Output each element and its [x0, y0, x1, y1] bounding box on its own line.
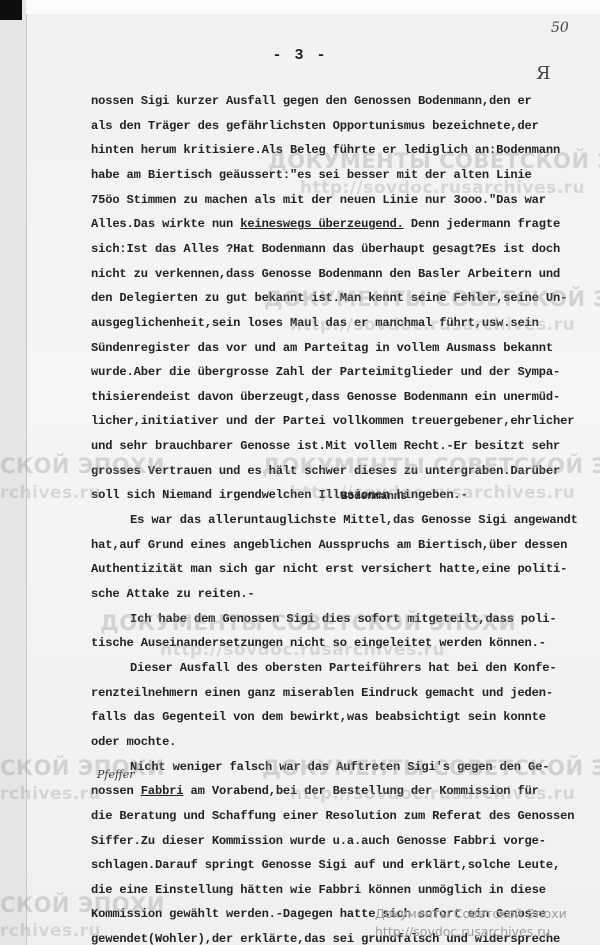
text-line: sich:Ist das Alles ?Hat Bodenmann das üb…: [91, 242, 560, 256]
page-header: - 3 -: [0, 47, 600, 64]
watermark-url-fragment: rchives.ru: [0, 483, 101, 503]
page-edge-line: [26, 14, 27, 945]
text-line: oder mochte.: [91, 735, 176, 749]
footer-watermark-title: Документы Советской Эпохи: [375, 906, 567, 921]
watermark-title: ДОКУМЕНТЫ СОВЕТСКОЙ ЭПОХИ: [264, 287, 600, 311]
text-line: Sündenregister das vor und am Parteitag …: [91, 341, 553, 355]
text-segment: Denn jedermann fragte: [404, 217, 560, 231]
text-line: Siffer.Zu dieser Kommission wurde u.a.au…: [91, 834, 546, 848]
text-line: Dieser Ausfall des obersten Parteiführer…: [130, 661, 556, 675]
handwritten-mark: Я: [536, 63, 551, 84]
text-line: schlagen.Darauf springt Genosse Sigi auf…: [91, 858, 560, 872]
underlined-text: Fabbri: [141, 784, 184, 798]
text-line: als den Träger des gefährlichsten Opport…: [91, 119, 539, 133]
scan-top-margin: [0, 0, 600, 14]
text-line: Alles.Das wirkte nun keineswegs überzeug…: [91, 217, 560, 231]
scan-edge-shadow: [0, 0, 22, 20]
text-line: die Beratung und Schaffung einer Resolut…: [91, 809, 574, 823]
handwritten-page-number: 50: [551, 20, 569, 36]
watermark-title: ДОКУМЕНТЫ СОВЕТСКОЙ ЭПОХИ: [100, 611, 516, 635]
watermark-title-fragment: СКОЙ ЭПОХИ: [0, 756, 165, 780]
watermark-url-fragment: rchives.ru: [0, 921, 101, 941]
text-segment: Alles.Das wirkte nun: [91, 217, 240, 231]
text-line: licher,initiativer und der Partei vollko…: [91, 414, 574, 428]
text-line: falls das Gegenteil von dem bewirkt,was …: [91, 710, 546, 724]
watermark-url: http://sovdoc.rusarchives.ru: [160, 640, 445, 660]
text-line: Es war das alleruntauglichste Mittel,das…: [130, 513, 578, 527]
text-line: hat,auf Grund eines angeblichen Ausspruc…: [91, 538, 567, 552]
watermark-title-fragment: СКОЙ ЭПОХИ: [0, 893, 165, 917]
watermark-title: ДОКУМЕНТЫ СОВЕТСКОЙ ЭПОХИ: [262, 756, 600, 780]
watermark-title: ДОКУМЕНТЫ СОВЕТСКОЙ ЭПОХИ: [262, 454, 600, 478]
watermark-url: http://sovdoc.rusarchives.ru: [290, 483, 575, 503]
text-line: und sehr brauchbarer Genosse ist.Mit vol…: [91, 439, 560, 453]
text-line: wurde.Aber die übergrosse Zahl der Parte…: [91, 365, 560, 379]
text-line: nossen Sigi kurzer Ausfall gegen den Gen…: [91, 94, 532, 108]
watermark-title-fragment: СКОЙ ЭПОХИ: [0, 454, 165, 478]
watermark-url: http://sovdoc.rusarchives.ru: [290, 315, 575, 335]
text-line: renzteilnehmern einen ganz miserablen Ei…: [91, 686, 553, 700]
watermark-url-fragment: rchives.ru: [0, 784, 101, 804]
underlined-text: keineswegs überzeugend.: [240, 217, 403, 231]
text-line: thisierendeist davon überzeugt,dass Geno…: [91, 390, 560, 404]
footer-watermark-url: http://sovdoc.rusarchives.ru: [375, 924, 550, 939]
text-line: nicht zu verkennen,dass Genosse Bodenman…: [91, 267, 560, 281]
watermark-url: http://sovdoc.rusarchives.ru: [300, 178, 585, 198]
text-line: sche Attake zu reiten.-: [91, 587, 254, 601]
watermark-url: http://sovdoc.rusarchives.ru: [290, 784, 575, 804]
watermark-title: ДОКУМЕНТЫ СОВЕТСКОЙ ЭПОХИ: [268, 149, 600, 173]
text-line: Authentizität man sich gar nicht erst ve…: [91, 562, 567, 576]
